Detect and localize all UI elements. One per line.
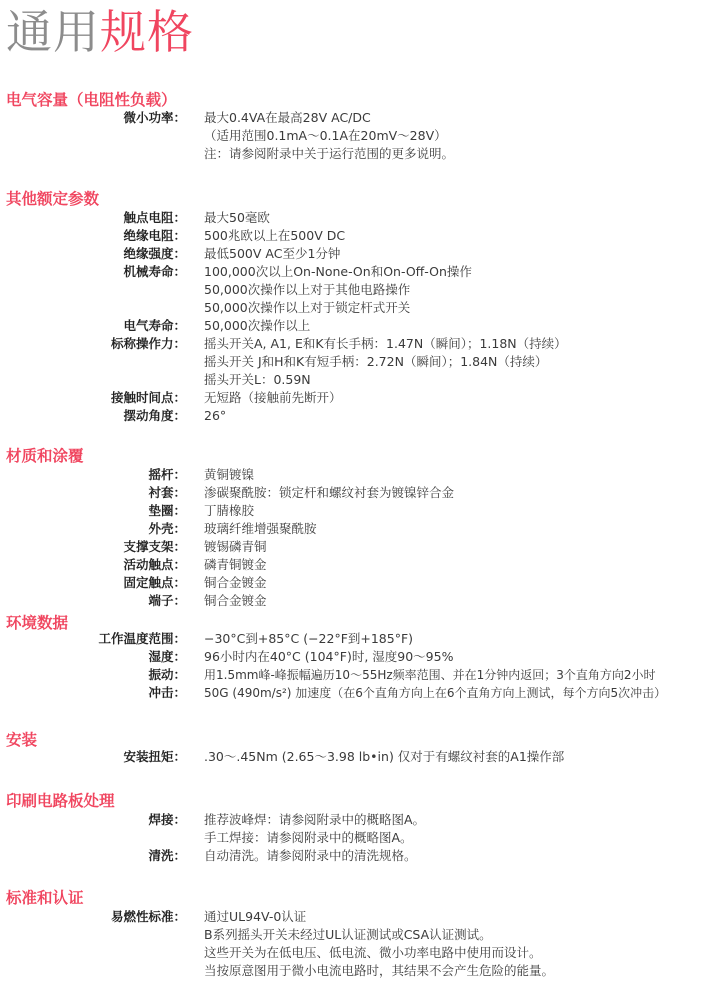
spec-row: （适用范围0.1mA～0.1A在20mV～28V） [0, 127, 724, 145]
spec-row: 衬套： 渗碳聚酰胺：锁定杆和螺纹衬套为镀镍锌合金 [0, 484, 724, 502]
page-title: 通用规格 [6, 2, 194, 62]
spec-row: 外壳： 玻璃纤维增强聚酰胺 [0, 520, 724, 538]
spec-value: （适用范围0.1mA～0.1A在20mV～28V） [204, 127, 447, 145]
spec-value: 玻璃纤维增强聚酰胺 [204, 520, 317, 538]
spec-label: 安装扭矩： [123, 748, 186, 766]
spec-value: .30～.45Nm (2.65～3.98 lb•in) 仅对于有螺纹衬套的A1操… [204, 748, 564, 766]
spec-label: 微小功率： [123, 109, 186, 127]
spec-label: 机械寿命： [123, 263, 186, 281]
spec-value: 磷青铜镀金 [204, 556, 267, 574]
spec-row: 注：请参阅附录中关于运行范围的更多说明。 [0, 145, 724, 163]
spec-row: 标称操作力： 摇头开关A, A1, E和K有长手柄：1.47N（瞬间）；1.18… [0, 335, 724, 353]
spec-label: 接触时间点： [111, 389, 186, 407]
spec-row: 接触时间点： 无短路（接触前先断开） [0, 389, 724, 407]
spec-label: 摆动角度： [123, 407, 186, 425]
spec-row: 端子： 铜合金镀金 [0, 592, 724, 610]
spec-value: 铜合金镀金 [204, 574, 267, 592]
spec-value: 50G (490m/s²) 加速度（在6个直角方向上在6个直角方向上测试，每个方… [204, 684, 666, 702]
spec-label: 焊接： [148, 811, 186, 829]
spec-row: 焊接： 推荐波峰焊：请参阅附录中的概略图A。 [0, 811, 724, 829]
spec-value: 最大50毫欧 [204, 209, 270, 227]
spec-label: 清洗： [148, 847, 186, 865]
spec-value: 最大0.4VA在最高28V AC/DC [204, 109, 371, 127]
spec-label: 绝缘强度： [123, 245, 186, 263]
page-title-part2: 规格 [100, 5, 194, 59]
spec-value: 渗碳聚酰胺：锁定杆和螺纹衬套为镀镍锌合金 [204, 484, 454, 502]
spec-row: 清洗： 自动清洗。请参阅附录中的清洗规格。 [0, 847, 724, 865]
section-heading: 印刷电路板处理 [6, 791, 115, 811]
spec-row: 固定触点： 铜合金镀金 [0, 574, 724, 592]
spec-row: 手工焊接：请参阅附录中的概略图A。 [0, 829, 724, 847]
spec-value: 镀锡磷青铜 [204, 538, 267, 556]
spec-value: 丁腈橡胶 [204, 502, 254, 520]
spec-value: 摇头开关A, A1, E和K有长手柄：1.47N（瞬间）；1.18N（持续） [204, 335, 567, 353]
spec-value: 50,000次操作以上对于锁定杆式开关 [204, 299, 410, 317]
section-heading: 材质和涂覆 [6, 446, 84, 466]
spec-row: 50,000次操作以上对于其他电路操作 [0, 281, 724, 299]
spec-label: 衬套： [148, 484, 186, 502]
spec-row: 机械寿命： 100,000次以上On-None-On和On-Off-On操作 [0, 263, 724, 281]
page-title-part1: 通用 [6, 5, 100, 59]
spec-row: 湿度： 96小时内在40°C (104°F)时, 湿度90～95% [0, 648, 724, 666]
spec-value: −30°C到+85°C (−22°F到+185°F) [204, 630, 413, 648]
spec-value: 当按原意图用于微小电流电路时，其结果不会产生危险的能量。 [204, 962, 554, 980]
spec-value: B系列摇头开关未经过UL认证测试或CSA认证测试。 [204, 926, 492, 944]
spec-row: 活动触点： 磷青铜镀金 [0, 556, 724, 574]
spec-row: 摇杆： 黄铜镀镍 [0, 466, 724, 484]
spec-row: 安装扭矩： .30～.45Nm (2.65～3.98 lb•in) 仅对于有螺纹… [0, 748, 724, 766]
spec-value: 500兆欧以上在500V DC [204, 227, 345, 245]
spec-label: 触点电阻： [123, 209, 186, 227]
section-heading: 电气容量（电阻性负载） [6, 90, 177, 110]
spec-value: 无短路（接触前先断开） [204, 389, 342, 407]
spec-value: 黄铜镀镍 [204, 466, 254, 484]
spec-label: 标称操作力： [111, 335, 186, 353]
spec-row: 触点电阻： 最大50毫欧 [0, 209, 724, 227]
spec-row: 微小功率： 最大0.4VA在最高28V AC/DC [0, 109, 724, 127]
spec-value: 96小时内在40°C (104°F)时, 湿度90～95% [204, 648, 453, 666]
spec-row: B系列摇头开关未经过UL认证测试或CSA认证测试。 [0, 926, 724, 944]
spec-value: 通过UL94V-0认证 [204, 908, 306, 926]
spec-value: 50,000次操作以上 [204, 317, 310, 335]
spec-label: 外壳： [148, 520, 186, 538]
spec-row: 支撑支架： 镀锡磷青铜 [0, 538, 724, 556]
spec-label: 端子： [148, 592, 186, 610]
spec-row: 电气寿命： 50,000次操作以上 [0, 317, 724, 335]
spec-label: 活动触点： [123, 556, 186, 574]
spec-row: 摇头开关L：0.59N [0, 371, 724, 389]
spec-label: 湿度： [148, 648, 186, 666]
spec-label: 振动： [148, 666, 186, 684]
spec-value: 最低500V AC至少1分钟 [204, 245, 340, 263]
spec-value: 推荐波峰焊：请参阅附录中的概略图A。 [204, 811, 425, 829]
spec-row: 摇头开关 J和H和K有短手柄：2.72N（瞬间）；1.84N（持续） [0, 353, 724, 371]
spec-label: 支撑支架： [123, 538, 186, 556]
spec-row: 绝缘电阻： 500兆欧以上在500V DC [0, 227, 724, 245]
spec-label: 工作温度范围： [98, 630, 186, 648]
spec-row: 摆动角度： 26° [0, 407, 724, 425]
spec-label: 易燃性标准： [111, 908, 186, 926]
spec-value: 100,000次以上On-None-On和On-Off-On操作 [204, 263, 472, 281]
spec-value: 手工焊接：请参阅附录中的概略图A。 [204, 829, 413, 847]
spec-label: 摇杆： [148, 466, 186, 484]
section-heading: 标准和认证 [6, 888, 84, 908]
spec-value: 铜合金镀金 [204, 592, 267, 610]
spec-row: 这些开关为在低电压、低电流、微小功率电路中使用而设计。 [0, 944, 724, 962]
spec-row: 冲击： 50G (490m/s²) 加速度（在6个直角方向上在6个直角方向上测试… [0, 684, 724, 702]
spec-label: 冲击： [148, 684, 186, 702]
spec-value: 自动清洗。请参阅附录中的清洗规格。 [204, 847, 417, 865]
spec-value: 用1.5mm峰-峰振幅遍历10～55Hz频率范围、并在1分钟内返回；3个直角方向… [204, 666, 656, 684]
section-heading: 其他额定参数 [6, 189, 99, 209]
spec-row: 50,000次操作以上对于锁定杆式开关 [0, 299, 724, 317]
spec-row: 易燃性标准： 通过UL94V-0认证 [0, 908, 724, 926]
spec-value: 这些开关为在低电压、低电流、微小功率电路中使用而设计。 [204, 944, 542, 962]
spec-label: 电气寿命： [123, 317, 186, 335]
spec-label: 垫圈： [148, 502, 186, 520]
spec-row: 工作温度范围： −30°C到+85°C (−22°F到+185°F) [0, 630, 724, 648]
spec-value: 注：请参阅附录中关于运行范围的更多说明。 [204, 145, 454, 163]
spec-value: 摇头开关L：0.59N [204, 371, 311, 389]
spec-row: 当按原意图用于微小电流电路时，其结果不会产生危险的能量。 [0, 962, 724, 980]
spec-label: 绝缘电阻： [123, 227, 186, 245]
spec-row: 垫圈： 丁腈橡胶 [0, 502, 724, 520]
spec-value: 50,000次操作以上对于其他电路操作 [204, 281, 410, 299]
spec-value: 26° [204, 407, 226, 425]
spec-row: 振动： 用1.5mm峰-峰振幅遍历10～55Hz频率范围、并在1分钟内返回；3个… [0, 666, 724, 684]
spec-row: 绝缘强度： 最低500V AC至少1分钟 [0, 245, 724, 263]
spec-label: 固定触点： [123, 574, 186, 592]
spec-value: 摇头开关 J和H和K有短手柄：2.72N（瞬间）；1.84N（持续） [204, 353, 547, 371]
section-heading: 安装 [6, 730, 37, 750]
